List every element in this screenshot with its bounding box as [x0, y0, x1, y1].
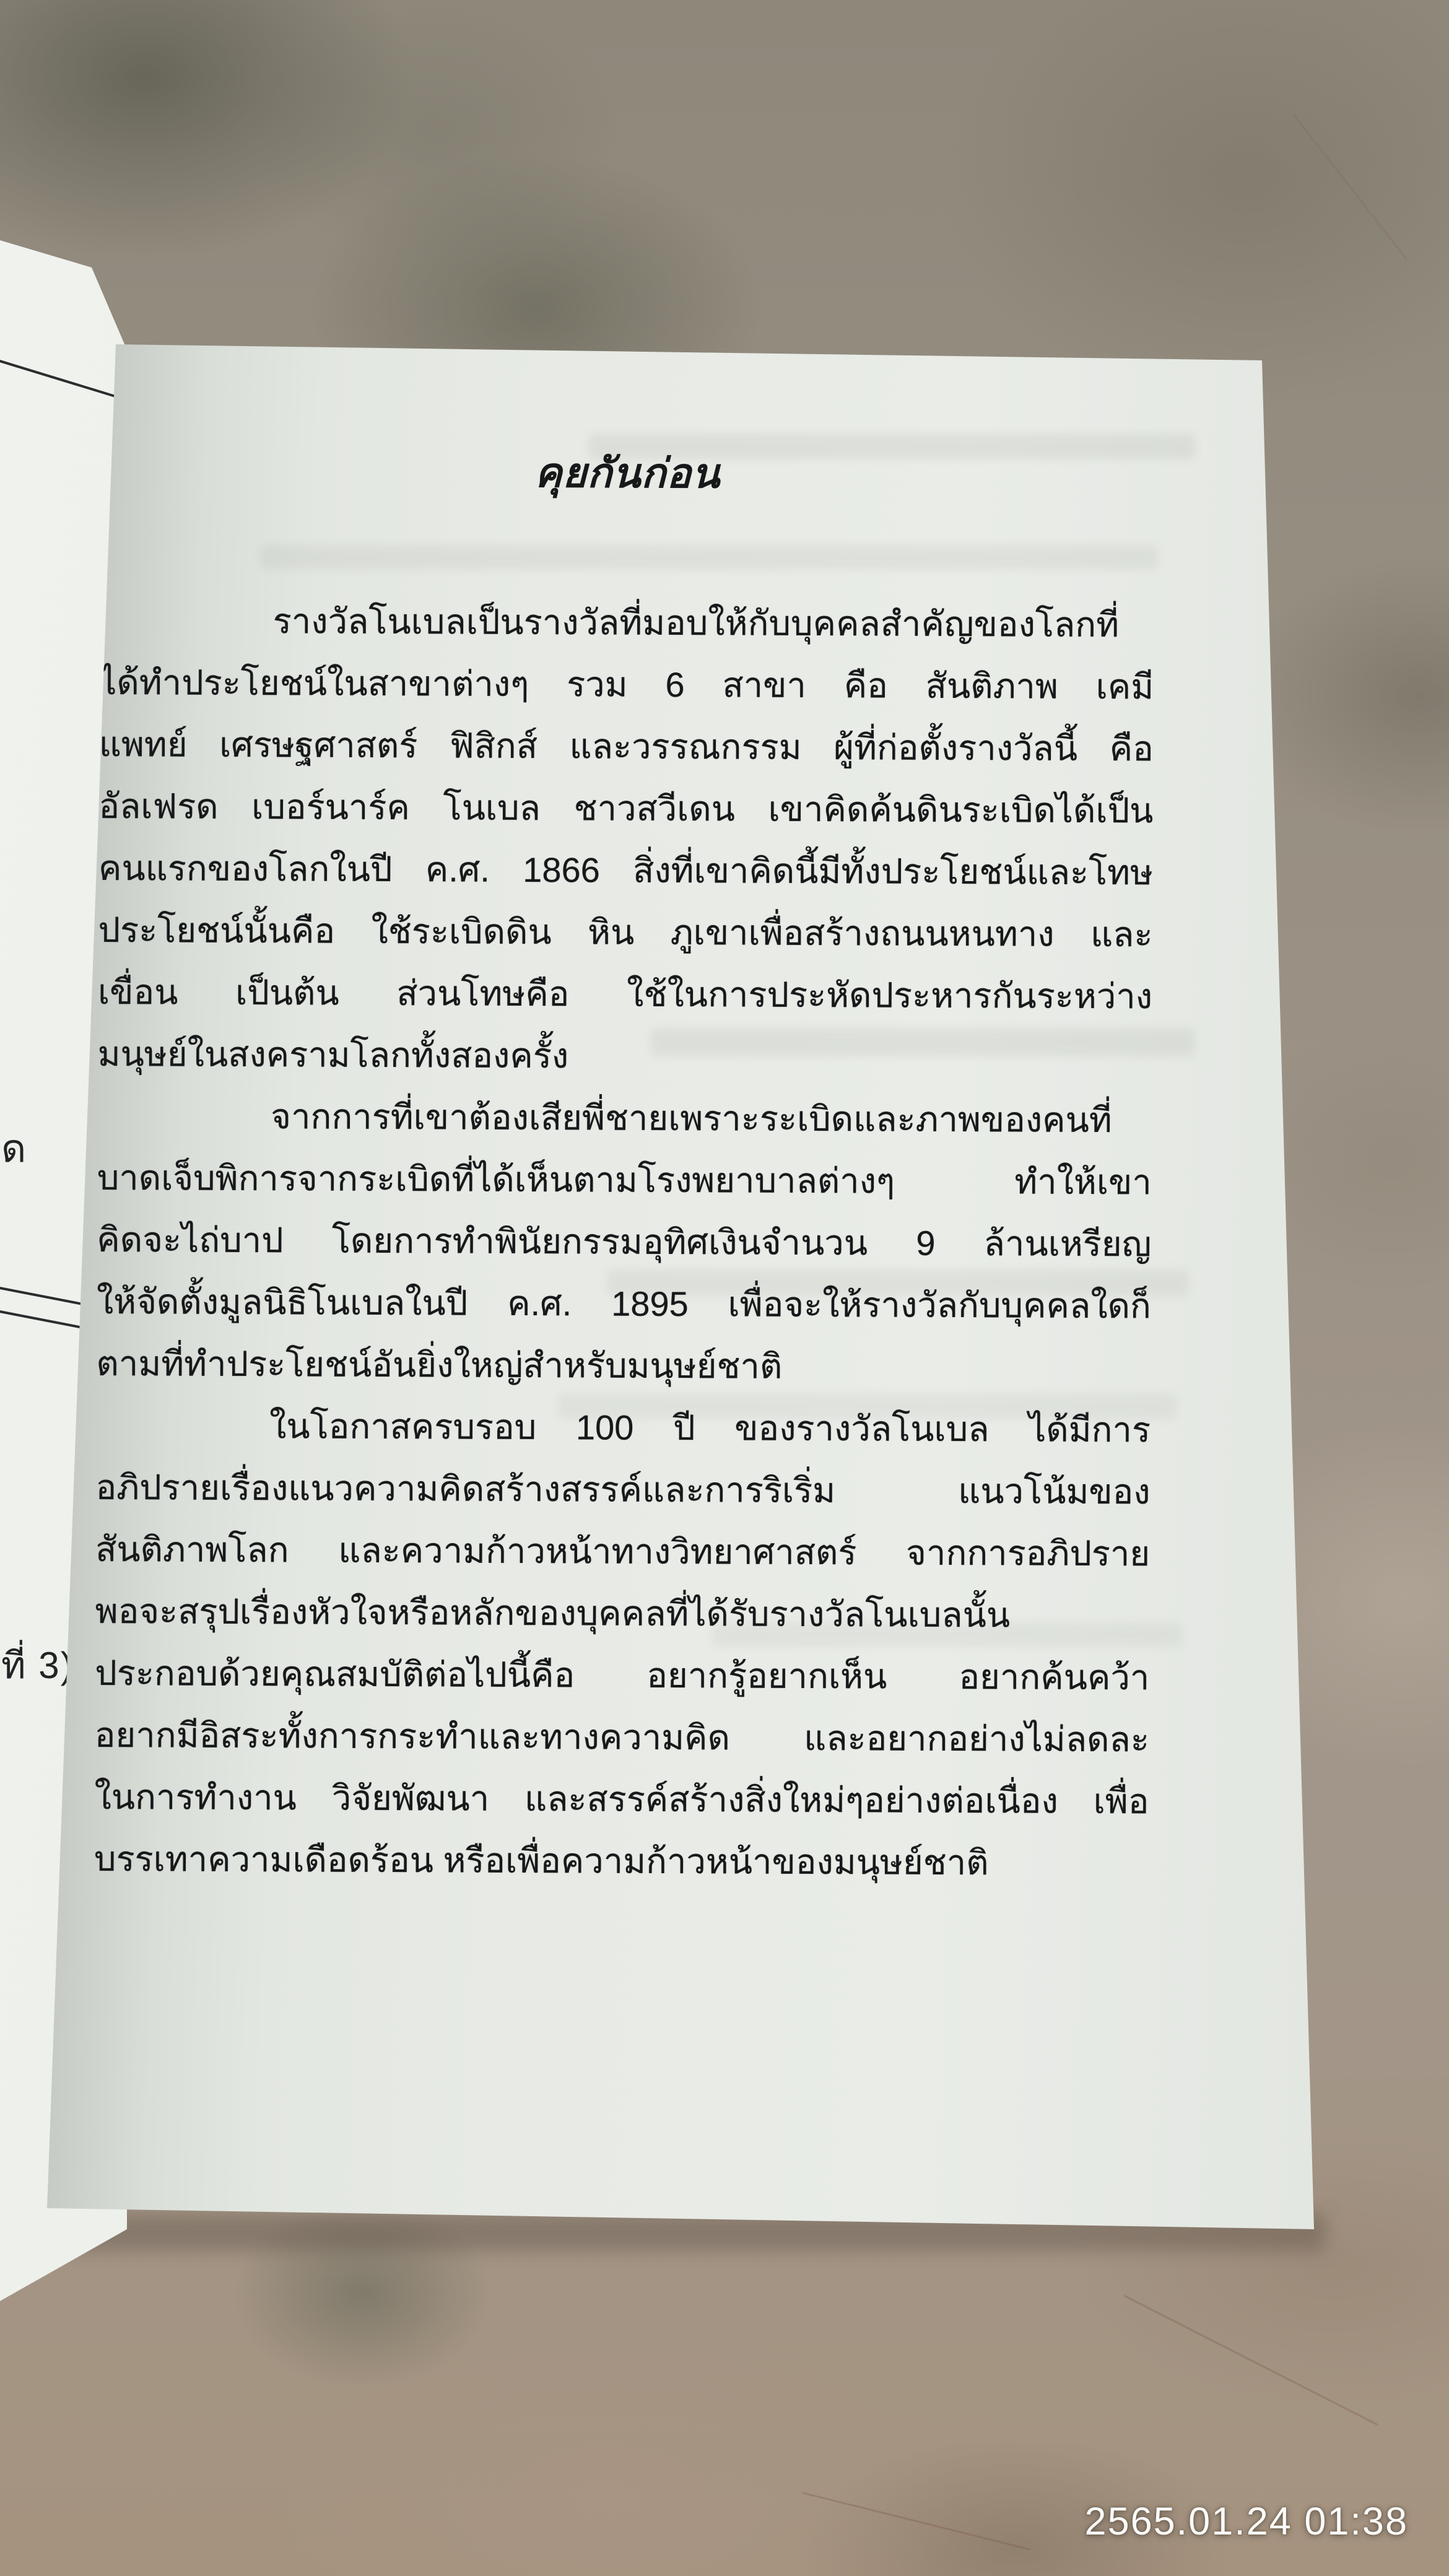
text-line: ในโอกาสครบรอบ 100 ปี ของรางวัลโนเบล ได้ม…	[96, 1395, 1151, 1461]
text-line: เขื่อน เป็นต้น ส่วนโทษคือ ใช้ในการประหัด…	[98, 961, 1152, 1027]
text-line: ให้จัดตั้งมูลนิธิโนเบลในปี ค.ศ. 1895 เพื…	[97, 1271, 1151, 1337]
text-line: แพทย์ เศรษฐศาสตร์ ฟิสิกส์ และวรรณกรรม ผู…	[99, 713, 1154, 780]
text-line: จากการที่เขาต้องเสียพี่ชายเพราะระเบิดและ…	[97, 1085, 1152, 1151]
body-text: รางวัลโนเบลเป็นรางวัลที่มอบให้กับบุคคลสำ…	[94, 590, 1154, 1894]
text-line: อยากมีอิสระทั้งการกระทำและทางความคิด และ…	[95, 1704, 1149, 1770]
text-line: ประกอบด้วยคุณสมบัติต่อไปนี้คือ อยากรู้อย…	[95, 1642, 1149, 1708]
text-line: มนุษย์ในสงครามโลกทั้งสองครั้ง	[97, 1023, 1152, 1089]
left-page-partial-label: ที่ 3)	[1, 1636, 74, 1695]
marble-vein	[1123, 2295, 1378, 2426]
text-line: อัลเฟรด เบอร์นาร์ค โนเบล ชาวสวีเดน เขาคิ…	[98, 775, 1153, 842]
camera-timestamp: 2565.01.24 01:38	[1085, 2499, 1408, 2544]
text-line: คนแรกของโลกในปี ค.ศ. 1866 สิ่งที่เขาคิดน…	[98, 837, 1153, 903]
text-line: พอจะสรุปเรื่องหัวใจหรือหลักของบุคคลที่ได…	[95, 1580, 1150, 1647]
text-line: ได้ทำประโยชน์ในสาขาต่างๆ รวม 6 สาขา คือ …	[99, 651, 1154, 718]
book-photo: ด ที่ 3) คุยกันก่อน รางวัลโนเบลเป็นรางวั…	[0, 0, 1449, 2576]
section-title: คุยกันก่อน	[100, 440, 1155, 506]
text-line: รางวัลโนเบลเป็นรางวัลที่มอบให้กับบุคคลสำ…	[100, 590, 1154, 656]
left-page-frame-line	[0, 358, 131, 402]
left-page-partial-char: ด	[1, 1118, 26, 1179]
text-line: สันติภาพโลก และความก้าวหน้าทางวิทยาศาสตร…	[95, 1518, 1150, 1585]
text-line: คิดจะไถ่บาป โดยการทำพินัยกรรมอุทิศเงินจำ…	[97, 1209, 1151, 1275]
page-text-block: คุยกันก่อน รางวัลโนเบลเป็นรางวัลที่มอบให…	[94, 440, 1155, 1894]
book-page: คุยกันก่อน รางวัลโนเบลเป็นรางวัลที่มอบให…	[0, 0, 1449, 2576]
text-line: อภิปรายเรื่องแนวความคิดสร้างสรรค์และการร…	[95, 1456, 1150, 1523]
text-line: บาดเจ็บพิการจากระเบิดที่ได้เห็นตามโรงพยา…	[97, 1147, 1152, 1213]
text-line: ตามที่ทำประโยชน์อันยิ่งใหญ่สำหรับมนุษย์ช…	[96, 1333, 1151, 1399]
text-line: บรรเทาความเดือดร้อน หรือเพื่อความก้าวหน้…	[94, 1828, 1149, 1894]
text-line: ในการทำงาน วิจัยพัฒนา และสรรค์สร้างสิ่งใ…	[94, 1766, 1149, 1832]
marble-vein	[1292, 113, 1408, 260]
text-line: ประโยชน์นั้นคือ ใช้ระเบิดดิน หิน ภูเขาเพ…	[98, 899, 1152, 965]
marble-vein	[802, 2492, 1030, 2551]
